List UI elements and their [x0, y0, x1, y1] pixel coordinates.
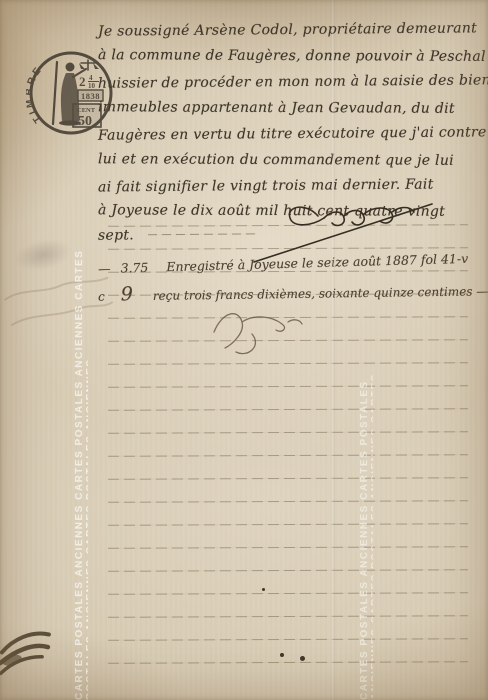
ruled-line: [108, 362, 468, 365]
ink-speck: [300, 656, 305, 661]
registrar-signature: [178, 298, 328, 360]
stamp-cent-value: 50: [78, 114, 92, 129]
ruled-line: [108, 523, 468, 526]
stamp-timbre-text: TIMBRE: [26, 64, 45, 125]
deed-line: Faugères en vertu du titre exécutoire qu…: [98, 124, 487, 143]
ruled-line: [108, 454, 468, 457]
registration-fee: 3.75: [120, 260, 148, 276]
ruled-line: [108, 592, 468, 595]
deed-line: immeubles appartenant à Jean Gevaudan, d…: [98, 99, 455, 117]
deed-last-word: sept.: [98, 227, 134, 243]
ruled-line: [108, 477, 468, 480]
svg-text:4: 4: [89, 74, 93, 82]
pencil-note: [0, 272, 118, 338]
gray-smudge: [12, 234, 75, 275]
watermark-text-right: CARTES POSTALES ANCIENNES CARTES POSTALE…: [359, 336, 373, 700]
ink-blot: [0, 610, 60, 678]
ink-speck: [262, 588, 265, 591]
ink-speck: [280, 653, 284, 657]
deed-line: lui et en exécution du commandement que …: [98, 151, 454, 169]
signature-codol: [240, 190, 445, 268]
ruled-line: [108, 546, 468, 549]
stamp-year: 1838: [81, 91, 100, 101]
deed-line: huissier de procéder en mon nom à la sai…: [98, 72, 488, 91]
ruled-line: [108, 615, 468, 618]
deed-line: Je soussigné Arsène Codol, propriétaire …: [98, 20, 477, 39]
svg-text:2: 2: [79, 74, 86, 89]
ruled-line: [108, 638, 468, 641]
ruled-line: [108, 408, 468, 411]
scanned-document-page: TIMBRE 2 4 10 1838 CENT 50 Je soussign: [0, 0, 488, 700]
ruled-line: [108, 431, 468, 434]
stamp-values: 2 4 10 1838 CENT 50: [73, 74, 103, 129]
deed-line-last: sept.: [98, 226, 256, 243]
stamp-cent-label: CENT: [77, 107, 96, 114]
timbre-revenue-stamp: TIMBRE 2 4 10 1838 CENT 50: [26, 46, 116, 140]
ruled-line: [108, 569, 468, 572]
ruled-line: [108, 385, 468, 388]
svg-text:10: 10: [88, 82, 96, 90]
ruled-line: [108, 270, 468, 273]
ruled-line: [108, 661, 468, 664]
deed-line: à la commune de Faugères, donne pouvoir …: [98, 47, 486, 65]
ruled-line: [108, 500, 468, 503]
